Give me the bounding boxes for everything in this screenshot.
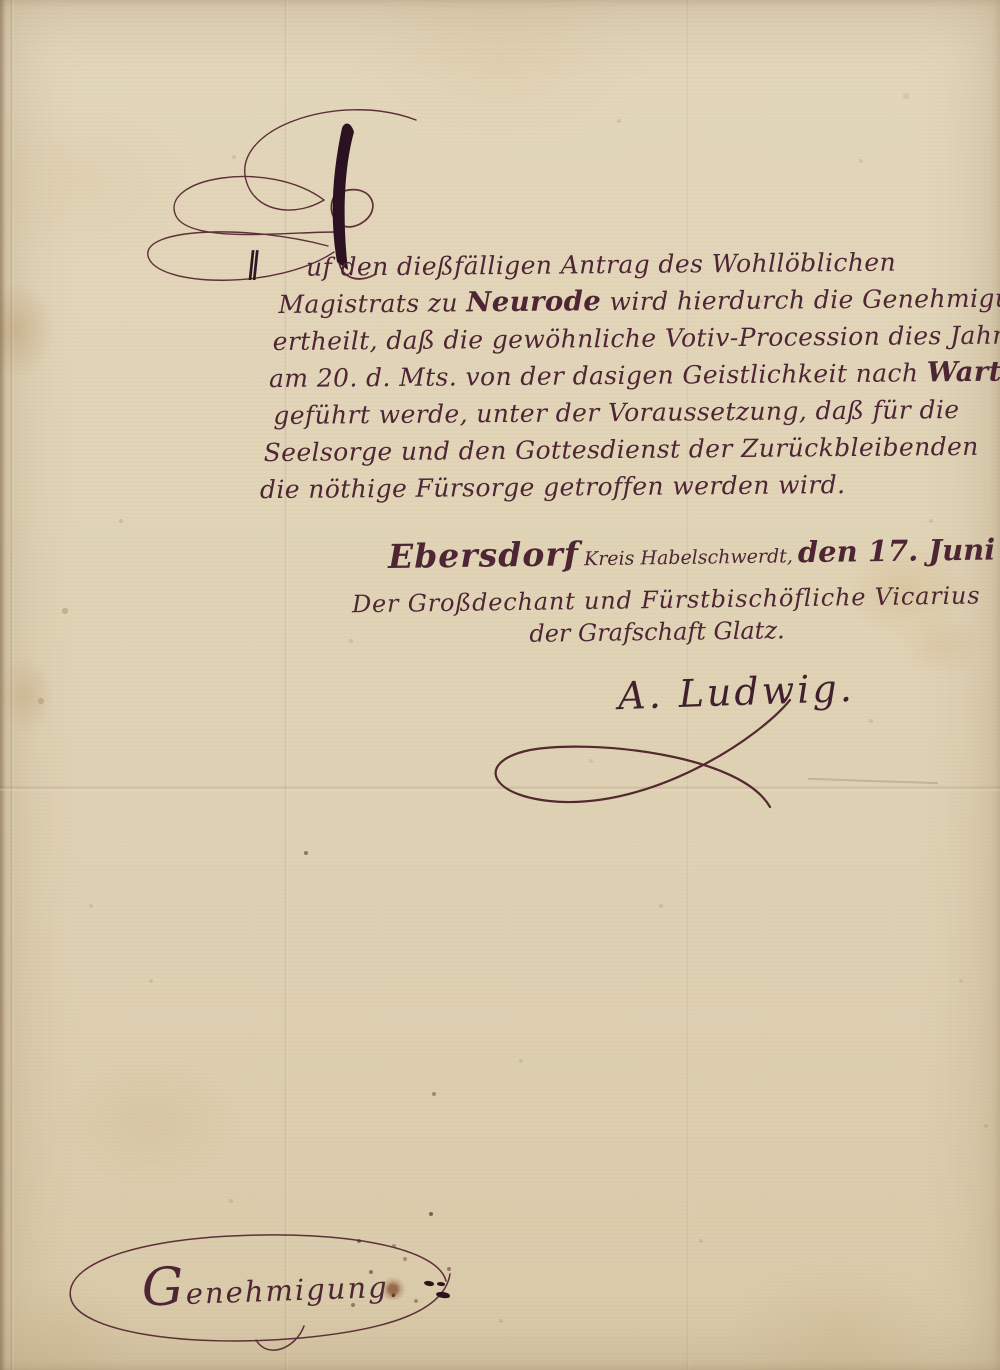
ink-splatter [380, 1276, 406, 1300]
dateline: Ebersdorf Kreis Habelschwerdt, den 17. J… [388, 527, 1000, 576]
flourish-top-sweep [245, 110, 416, 210]
body-line: Magistrats zu Neurode wird hierdurch die… [254, 280, 984, 323]
paper-sheet: ‖ uf den dießfälligen Antrag des Wohllöb… [0, 0, 1000, 1370]
dateline-place: Ebersdorf [388, 534, 579, 576]
body-line: geführt werde, unter der Voraussetzung, … [255, 391, 985, 434]
body-line: ertheilt, daß die gewöhnliche Votiv-Proc… [255, 317, 985, 360]
signature-flourish [460, 692, 830, 812]
body-line: die nöthige Fürsorge getroffen werden wi… [256, 465, 986, 508]
dateline-region: Kreis Habelschwerdt, [584, 545, 793, 570]
body-line: Seelsorge und den Gottesdienst der Zurüc… [255, 428, 985, 471]
fold-crease-left [10, 0, 14, 1370]
docket-tail [256, 1326, 304, 1350]
dateline-date: den 17. Juni 1852. [798, 531, 1000, 569]
closing-title-line-1: Der Großdechant und Fürstbischöfliche Vi… [352, 582, 962, 619]
body-line: uf den dießfälligen Antrag des Wohllöbli… [254, 243, 984, 286]
flourish-upper-petal [174, 177, 334, 235]
ink-speck-dots [0, 0, 2, 2]
body-line: am 20. d. Mts. von der dasigen Geistlich… [255, 354, 985, 397]
closing-title-line-2: der Grafschaft Glatz. [352, 614, 962, 651]
paper-left-edge-shadow [0, 0, 6, 1370]
letter-body: uf den dießfälligen Antrag des Wohllöbli… [254, 243, 986, 508]
signature-flourish-loop [496, 700, 790, 807]
